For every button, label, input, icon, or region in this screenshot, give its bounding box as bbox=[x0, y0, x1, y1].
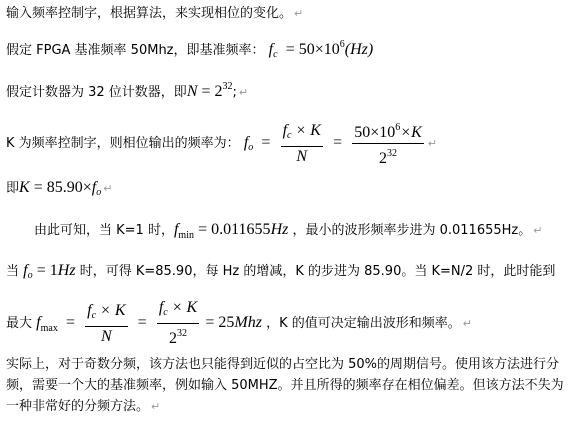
k-decides-text: ，K 的值可决定输出波形和频率。 bbox=[266, 316, 461, 331]
fraction-1: fc × K N bbox=[85, 301, 127, 347]
math-eq: = bbox=[138, 314, 147, 331]
fraction-numerator: fc × K bbox=[281, 121, 323, 147]
ie-text: 即 bbox=[6, 181, 19, 196]
text-line-7: 当 fo = 1Hz 时，可得 K=85.90，每 Hz 的增减，K 的步进为 … bbox=[6, 263, 555, 284]
text-line-2: 假定 FPGA 基准频率 50Mhz，即基准频率： fc =50×106(Hz) bbox=[6, 37, 373, 63]
fraction-2: fc × K 232 bbox=[157, 298, 199, 349]
text-line-8: 最大 fmax = fc × K N = fc × K 232 = 25Mhz … bbox=[6, 298, 472, 351]
text-line-6: 由此可知，当 K=1 时，fmin = 0.011655Hz ，最小的波形频率步… bbox=[34, 222, 542, 244]
math-sub: o bbox=[248, 142, 253, 153]
math-sub: min bbox=[178, 230, 194, 241]
math-unit: (Hz) bbox=[345, 41, 373, 58]
math-eq: = bbox=[286, 41, 295, 58]
max-text: 最大 bbox=[6, 316, 32, 331]
semicolon: ; bbox=[233, 85, 237, 100]
paragraph-mark-icon: ↵ bbox=[294, 7, 303, 20]
counter-text: 假定计数器为 32 位计数器，即 bbox=[6, 85, 187, 100]
math-eq: = bbox=[261, 134, 270, 151]
paragraph-mark-icon: ↵ bbox=[151, 400, 160, 413]
math-eq: = bbox=[333, 134, 342, 151]
intro-text: 输入频率控制字，根据算法，来实现相位的变化。 bbox=[6, 6, 292, 21]
paragraph-mark-icon: ↵ bbox=[533, 224, 542, 237]
text-line-4: K 为频率控制字，则相位输出的频率为： fo = fc × K N = 50×1… bbox=[6, 118, 437, 170]
fraction-denominator: 232 bbox=[352, 144, 424, 169]
output-freq-text: K 为频率控制字，则相位输出的频率为： bbox=[6, 136, 240, 151]
fraction-numerator: fc × K bbox=[85, 301, 127, 327]
conclusion-paragraph: 实际上，对于奇数分频，该方法也只能得到近似的占空比为 50%的周期信号。使用该方… bbox=[6, 354, 566, 417]
min-step-desc: ，最小的波形频率步进为 0.011655Hz。 bbox=[292, 223, 531, 238]
fraction-2: 50×106×K 232 bbox=[352, 118, 424, 169]
fraction-denominator: 232 bbox=[157, 324, 199, 349]
text-line-3: 假定计数器为 32 位计数器，即N=232;↵ bbox=[6, 79, 248, 101]
math-value: = 0.011655 bbox=[198, 221, 270, 238]
text-line-1: 输入频率控制字，根据算法，来实现相位的变化。↵ bbox=[6, 6, 303, 22]
fraction-numerator: fc × K bbox=[157, 298, 199, 324]
fraction-numerator: 50×106×K bbox=[352, 118, 424, 144]
math-exp: 32 bbox=[223, 81, 233, 92]
math-value: 85.90× bbox=[47, 179, 92, 196]
math-eq: = bbox=[34, 179, 43, 196]
paragraph-mark-icon: ↵ bbox=[428, 137, 437, 150]
fraction-1: fc × K N bbox=[281, 121, 323, 167]
fraction-denominator: N bbox=[85, 327, 127, 347]
math-var: N bbox=[187, 83, 198, 100]
math-base: 2 bbox=[215, 83, 223, 100]
paragraph-mark-icon: ↵ bbox=[463, 317, 472, 330]
when-text: 当 bbox=[6, 264, 19, 279]
fraction-denominator: N bbox=[281, 147, 323, 167]
math-value: 50×10 bbox=[299, 41, 340, 58]
math-sub: o bbox=[96, 187, 101, 198]
math-unit: Hz bbox=[271, 221, 289, 238]
min-step-text: 由此可知，当 K=1 时， bbox=[34, 223, 174, 238]
math-value: = 1 bbox=[37, 262, 58, 279]
math-unit: Hz bbox=[58, 262, 76, 279]
math-sub: o bbox=[28, 270, 33, 281]
math-eq: = bbox=[201, 83, 210, 100]
math-sub: c bbox=[273, 49, 277, 60]
k-step-text: 时，可得 K=85.90，每 Hz 的增减，K 的步进为 85.90。当 K=N… bbox=[80, 264, 556, 279]
paragraph-mark-icon: ↵ bbox=[103, 182, 112, 195]
text-line-5: 即K=85.90×fo↵ bbox=[6, 180, 112, 201]
conclusion-text: 实际上，对于奇数分频，该方法也只能得到近似的占空比为 50%的周期信号。使用该方… bbox=[6, 357, 564, 414]
math-sub: max bbox=[41, 323, 58, 334]
base-frequency-text: 假定 FPGA 基准频率 50Mhz，即基准频率： bbox=[6, 43, 265, 58]
math-var: K bbox=[19, 179, 30, 196]
paragraph-mark-icon: ↵ bbox=[239, 86, 248, 99]
math-unit: Mhz bbox=[234, 314, 262, 331]
math-eq: = bbox=[66, 314, 75, 331]
math-value: = 25 bbox=[205, 314, 234, 331]
